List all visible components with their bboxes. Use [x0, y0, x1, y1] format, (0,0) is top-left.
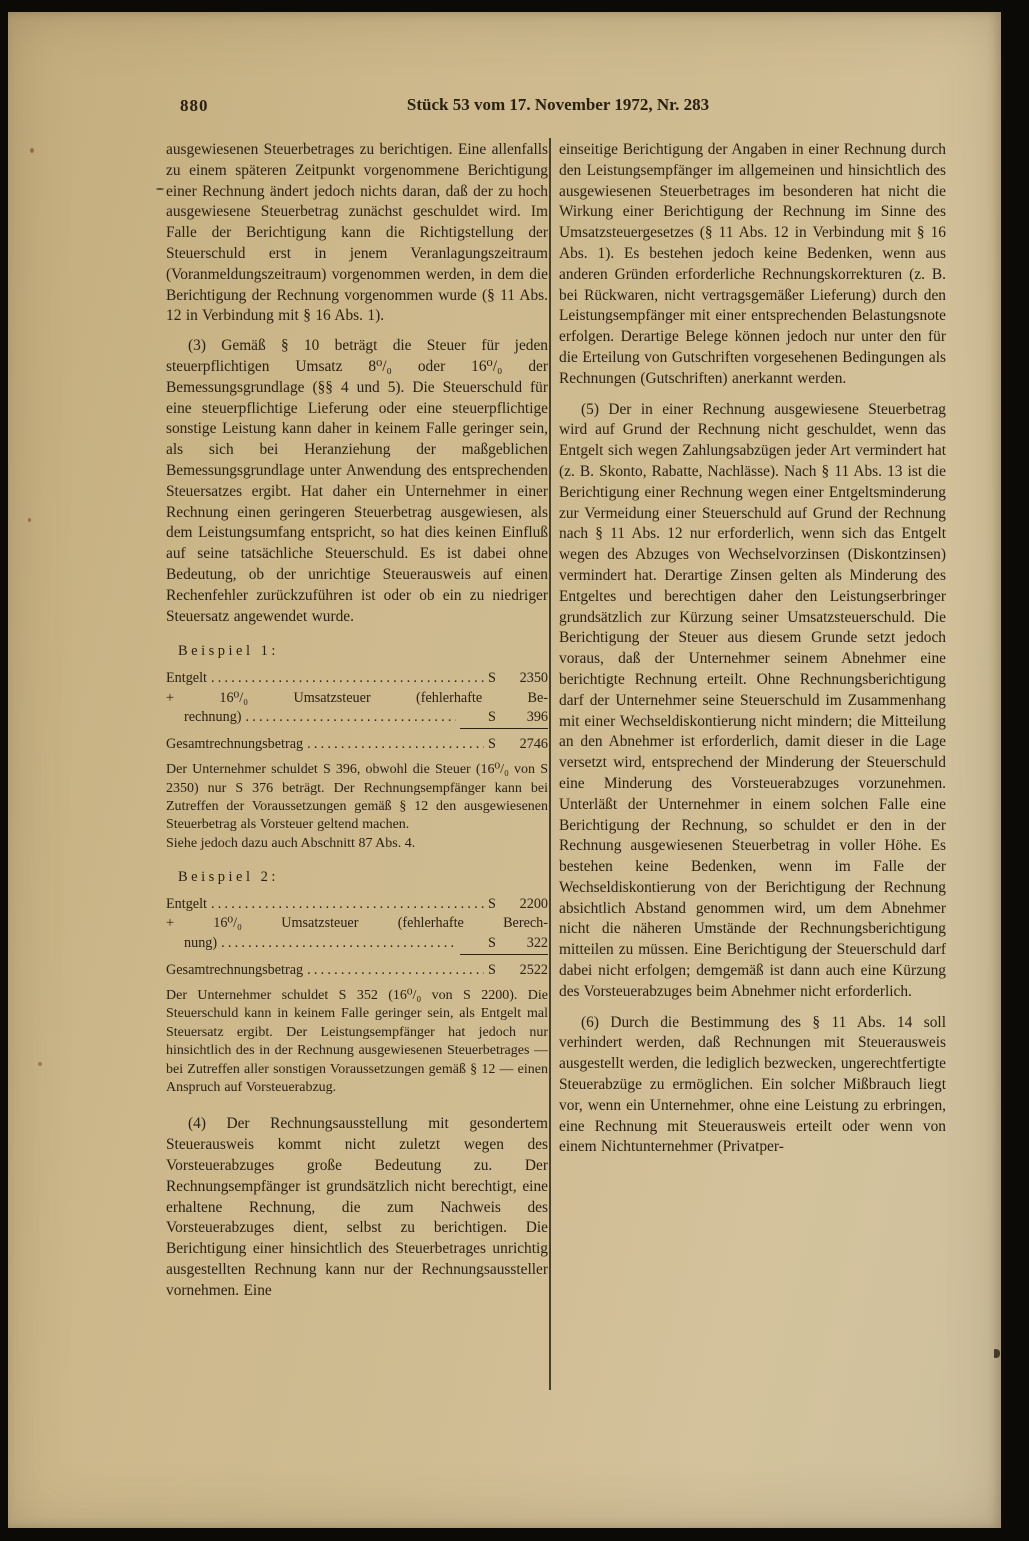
row-label: Entgelt	[166, 895, 207, 914]
paragraph-4: (4) Der Rechnungsausstellung mit gesonde…	[166, 1114, 548, 1301]
table-row: + 16⁰/₀ Umsatzsteuer (fehlerhafte Be-	[166, 689, 548, 708]
right-column: einseitige Berichtigung der Angaben in e…	[559, 140, 946, 1158]
paper-page: 880 Stück 53 vom 17. November 1972, Nr. …	[8, 12, 1001, 1528]
dot-leader	[307, 961, 484, 980]
table-row-total: Gesamtrechnungsbetrag S2522	[166, 961, 548, 980]
table-row: nung) S322	[166, 934, 548, 955]
row-amount: S322	[460, 934, 548, 955]
table-row: Entgelt S2200	[166, 895, 548, 914]
example-2-heading: Beispiel 2:	[166, 869, 548, 886]
row-amount: S2746	[488, 735, 548, 754]
row-label: rechnung)	[166, 708, 242, 727]
scanned-gazette-page: { "header": { "page_number": "880", "tit…	[0, 0, 1029, 1541]
row-amount: S2200	[488, 895, 548, 914]
column-divider-rule	[549, 138, 551, 1390]
scan-speck	[994, 1349, 1000, 1358]
row-label: Gesamtrechnungsbetrag	[166, 961, 303, 980]
row-label: Gesamtrechnungsbetrag	[166, 735, 303, 754]
row-label: nung)	[166, 934, 217, 953]
page-header-title: Stück 53 vom 17. November 1972, Nr. 283	[158, 95, 958, 115]
dot-leader	[307, 735, 484, 754]
row-label: Entgelt	[166, 669, 207, 688]
scan-speck	[30, 148, 34, 153]
example-1-table: Entgelt S2350 + 16⁰/₀ Umsatzsteuer (fehl…	[166, 669, 548, 754]
table-row: + 16⁰/₀ Umsatzsteuer (fehlerhafte Berech…	[166, 914, 548, 933]
scan-speck	[156, 188, 164, 190]
row-amount: S396	[460, 708, 548, 729]
example-1-reference: Siehe jedoch dazu auch Abschnitt 87 Abs.…	[166, 835, 548, 853]
table-row: rechnung) S396	[166, 708, 548, 729]
paragraph-6: (6) Durch die Bestimmung des § 11 Abs. 1…	[559, 1013, 946, 1159]
scan-speck	[38, 1062, 42, 1066]
dot-leader	[211, 669, 484, 688]
dot-leader	[211, 895, 484, 914]
dot-leader	[221, 934, 456, 953]
table-row-total: Gesamtrechnungsbetrag S2746	[166, 735, 548, 754]
example-2-note: Der Unternehmer schuldet S 352 (16⁰/₀ vo…	[166, 987, 548, 1097]
paragraph-continuation: ausgewiesenen Steuerbetrages zu berichti…	[166, 140, 548, 327]
paragraph-continuation: einseitige Berichtigung der Angaben in e…	[559, 140, 946, 390]
table-row: Entgelt S2350	[166, 669, 548, 688]
row-amount: S2350	[488, 669, 548, 688]
example-2-table: Entgelt S2200 + 16⁰/₀ Umsatzsteuer (fehl…	[166, 895, 548, 980]
row-amount: S2522	[488, 961, 548, 980]
scan-speck	[28, 518, 31, 522]
paragraph-5: (5) Der in einer Rechnung ausgewiesene S…	[559, 400, 946, 1003]
left-column: ausgewiesenen Steuerbetrages zu berichti…	[166, 140, 548, 1302]
dot-leader	[246, 708, 456, 727]
example-1-note: Der Unternehmer schuldet S 396, obwohl d…	[166, 761, 548, 835]
paragraph-3: (3) Gemäß § 10 beträgt die Steuer für je…	[166, 336, 548, 627]
example-1-heading: Beispiel 1:	[166, 643, 548, 660]
